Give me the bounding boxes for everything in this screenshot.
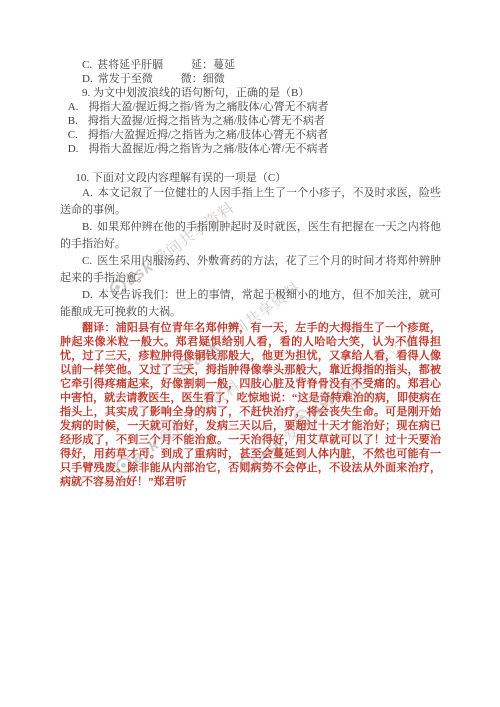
translation-text: 浦阳县有位青年名郑仲辨，有一天，左手的大拇指生了一个疹斑，肿起来像米粒一般大。郑… (60, 322, 441, 488)
document-content: C.甚将延乎肝膈延：蔓延 D.常发于至微微：细微 9. 为文中划波浪线的语句断句… (60, 58, 441, 489)
translation-paragraph: 翻译：浦阳县有位青年名郑仲辨，有一天，左手的大拇指生了一个疹斑，肿起来像米粒一般… (60, 321, 441, 489)
q9-option-d: D.拇指大盈握近/拇之指皆为之痛/肢体心膂/无不病者 (60, 142, 441, 156)
q9-option-a: A.拇指大盈/握近拇之指/皆为之痛肢体/心膂无不病者 (60, 100, 441, 114)
option-text: 医生采用内服汤药、外敷膏药的方法，花了三个月的时间才将郑仲辨肿起来的手指治愈。 (60, 255, 441, 284)
question-9-stem: 9. 为文中划波浪线的语句断句，正确的是（B） (60, 86, 441, 100)
q10-option-d: D.本文告诉我们：世上的事情，常起于极细小的地方，但不加关注，就可能酿成无可挽救… (60, 287, 441, 321)
option-text: 常发于至微 (98, 73, 153, 85)
option-label: D. (68, 143, 79, 155)
q10-option-c: C.医生采用内服汤药、外敷膏药的方法，花了三个月的时间才将郑仲辨肿起来的手指治愈… (60, 253, 441, 287)
option-gloss: 微：细微 (181, 73, 225, 85)
option-label: D. (82, 289, 93, 301)
option-label: C. (82, 255, 92, 267)
option-label: C. (68, 129, 78, 141)
q8-option-d: D.常发于至微微：细微 (60, 72, 441, 86)
option-text: 拇指大盈握近/拇之指皆为之痛/肢体心膂/无不病者 (88, 143, 328, 155)
document-page: ask爱问共享资料 ask爱问共享资料 ask爱问共享资料 ask爱问共享资料 … (0, 0, 500, 707)
option-label: B. (82, 221, 92, 233)
option-text: 拇指/大盈握近拇/之指皆为之痛/肢体心膂无不病者 (88, 129, 328, 141)
option-text: 本文告诉我们：世上的事情，常起于极细小的地方，但不加关注，就可能酿成无可挽救的大… (60, 289, 441, 318)
q10-option-a: A.本文记叙了一位健壮的人因手指上生了一个小疹子，不及时求医，险些送命的事例。 (60, 185, 441, 219)
q9-option-c: C.拇指/大盈握近拇/之指皆为之痛/肢体心膂无不病者 (60, 128, 441, 142)
option-text: 本文记叙了一位健壮的人因手指上生了一个小疹子，不及时求医，险些送命的事例。 (60, 187, 441, 216)
option-text: 拇指大盈/握近拇之指/皆为之痛肢体/心膂无不病者 (88, 101, 328, 113)
q8-option-c: C.甚将延乎肝膈延：蔓延 (60, 58, 441, 72)
q10-option-b: B.如果郑仲辨在他的手指刚肿起时及时就医，医生有把握在一天之内将他的手指治好。 (60, 219, 441, 253)
option-label: D. (82, 73, 93, 85)
option-gloss: 延：蔓延 (191, 59, 235, 71)
q9-option-b: B.拇指大盈握/近拇之指皆为之痛/肢体心膂无不病者 (60, 114, 441, 128)
option-label: A. (82, 187, 93, 199)
translation-label: 翻译： (82, 322, 116, 334)
option-label: B. (68, 115, 78, 127)
option-label: C. (82, 59, 92, 71)
option-text: 如果郑仲辨在他的手指刚肿起时及时就医，医生有把握在一天之内将他的手指治好。 (60, 221, 441, 250)
option-text: 甚将延乎肝膈 (97, 59, 163, 71)
option-label: A. (68, 101, 79, 113)
question-10-stem: 10. 下面对文段内容理解有误的一项是（C） (60, 171, 441, 185)
option-text: 拇指大盈握/近拇之指皆为之痛/肢体心膂无不病者 (88, 115, 325, 127)
